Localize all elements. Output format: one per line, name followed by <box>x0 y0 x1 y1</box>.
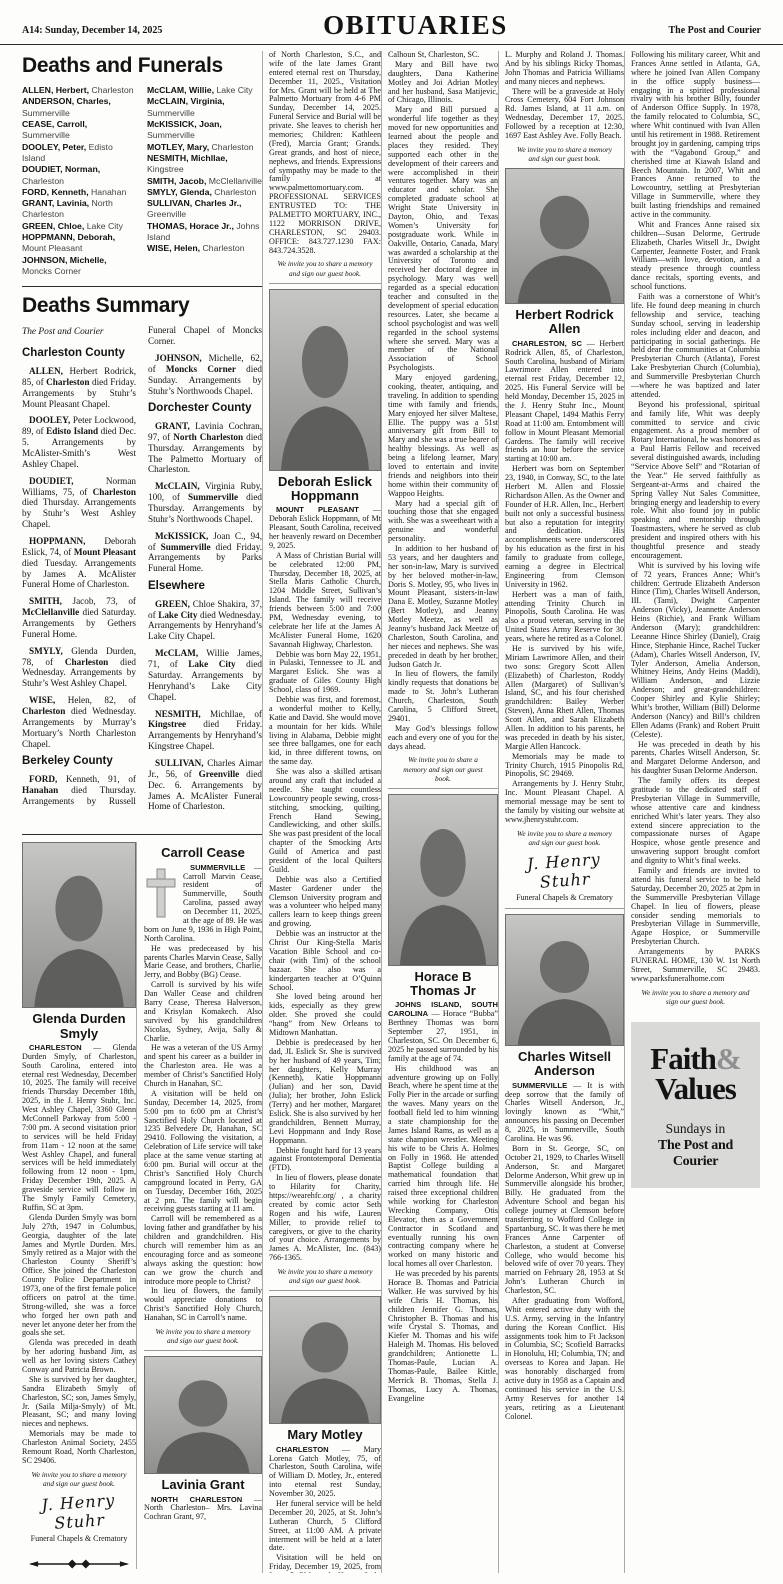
obit-paragraph: After graduating from Wofford, Whit ente… <box>505 1297 624 1421</box>
obit-paragraph: Whit is survived by his loving wife of 7… <box>631 562 760 740</box>
obit-heading: Horace B Thomas Jr <box>388 970 498 999</box>
obit-separator <box>269 283 381 284</box>
summary-entry: SMYLY, Glenda Durden, 78, of Charleston … <box>22 646 136 689</box>
obit-paragraph: She was also a skilled artisan around an… <box>269 768 381 875</box>
obit-paragraph: Debbie was an instructor at the Christ O… <box>269 930 381 992</box>
left-column-block: Deaths and Funerals ALLEN, Herbert, Char… <box>22 51 262 1573</box>
deaths-funerals-entry: McKISSICK, Joan, Summerville <box>147 119 262 142</box>
obit-paragraph: Debbie was first, and foremost, a wonder… <box>269 696 381 767</box>
column-6: Following his military career, Whit and … <box>624 51 760 1573</box>
obit-paragraph: He was preceded in death by his parents,… <box>631 741 760 777</box>
summary-county-heading: Dorchester County <box>148 402 262 416</box>
obit-paragraph: Carroll will be remembered as a loving f… <box>144 1215 262 1286</box>
obit-grant: Lavinia Grant NORTH CHARLESTON — North C… <box>144 1356 262 1522</box>
obit-paragraph: MOUNT PLEASANT — Deborah Eslick Hoppmann… <box>269 506 381 550</box>
obit-paragraph: He was predeceased by his parents Charle… <box>144 945 262 981</box>
obit-body: CHARLESTON — Mary Lorena Gatch Motley, 7… <box>269 1446 381 1573</box>
summary-entry: DOOLEY, Peter Lockwood, 89, of Edisto Is… <box>22 415 136 469</box>
df-column-a: ALLEN, Herbert, CharlestonANDERSON, Char… <box>22 85 137 277</box>
faith-and-values-ad: Faith& Values Sundays in The Post and Co… <box>631 1022 760 1188</box>
obit-paragraph: JOHNS ISLAND, SOUTH CAROLINA — Horace “B… <box>388 1001 498 1063</box>
summary-byline: The Post and Courier <box>22 327 136 338</box>
obit-allen: Herbert Rodrick Allen CHARLESTON, SC — H… <box>505 168 624 902</box>
deaths-funerals-entry: ANDERSON, Charles, Summerville <box>22 96 137 119</box>
summary-entry: SMITH, Jacob, 73, of McClellanville died… <box>22 596 136 639</box>
newspaper-page: A14: Sunday, December 14, 2025 OBITUARIE… <box>0 0 783 1584</box>
deaths-funerals-entry: MOTLEY, Mary, Charleston <box>147 142 262 153</box>
summary-entry: GREEN, Chloe Shakira, 37, of Lake City d… <box>148 599 262 642</box>
stuhr-tagline: Funeral Chapels & Crematory <box>22 1534 136 1543</box>
summary-county-heading: Elsewhere <box>148 580 262 594</box>
obit-paragraph: Memorials may be made to Trinity Church,… <box>505 753 624 780</box>
obit-body: MOUNT PLEASANT — Deborah Eslick Hoppmann… <box>269 506 381 1263</box>
obit-paragraph: Herbert was born on September 23, 1940, … <box>505 465 624 589</box>
obit-hoppmann: Deborah Eslick Hoppmann MOUNT PLEASANT —… <box>269 289 381 1286</box>
deaths-funerals-entry: THOMAS, Horace Jr., Johns Island <box>147 221 262 244</box>
obit-paragraph: In addition to her husband of 53 years, … <box>388 545 498 669</box>
obit-paragraph: In lieu of flowers, the family kindly re… <box>388 670 498 723</box>
obit-paragraph: Following his military career, Whit and … <box>631 51 760 220</box>
deaths-funerals-entry: WISE, Helen, Charleston <box>147 243 262 254</box>
obit-smyly: Glenda Durden Smyly CHARLESTON — Glenda … <box>22 842 136 1569</box>
deaths-funerals-entry: JOHNSON, Michelle, Moncks Corner <box>22 255 137 278</box>
portrait-photo <box>388 794 498 966</box>
obit-paragraph: May God’s blessings follow each and ever… <box>388 725 498 752</box>
obit-separator <box>144 1350 262 1351</box>
obit-paragraph: A visitation will be held on Sunday, Dec… <box>144 1090 262 1214</box>
obit-motley: Mary Motley CHARLESTON — Mary Lorena Gat… <box>269 1296 381 1573</box>
obit-paragraph: SUMMERVILLE — It is with deep sorrow tha… <box>505 1082 624 1144</box>
stuhr-signature: J. Henry Stuhr <box>21 1489 137 1535</box>
summary-entry: ALLEN, Herbert Rodrick, 85, of Charlesto… <box>22 366 136 409</box>
obit-paragraph: Mary and Bill pursued a wonderful life t… <box>388 106 498 373</box>
obit-paragraph: There will be a graveside at Holy Cross … <box>505 88 624 141</box>
obit-body: SUMMERVILLE — It is with deep sorrow tha… <box>505 1082 624 1422</box>
obit-separator <box>269 1290 381 1291</box>
obit-body: CHARLESTON — Glenda Durden Smyly, of Cha… <box>22 1044 136 1466</box>
obit-paragraph: He was a veteran of the US Army and spen… <box>144 1044 262 1088</box>
stuhr-signature: J. Henry Stuhr <box>504 848 624 894</box>
obit-paragraph: of North Charleston, S.C., and wife of t… <box>269 51 381 255</box>
obit-paragraph: Glenda was preceded in death by her ador… <box>22 1339 136 1375</box>
summary-entry: McCLAM, Willie James, 71, of Lake City d… <box>148 648 262 702</box>
obit-paragraph: CHARLESTON — Mary Lorena Gatch Motley, 7… <box>269 1446 381 1499</box>
portrait-photo <box>22 842 136 1008</box>
deaths-funerals-entry: HOPPMANN, Deborah, Mount Pleasant <box>22 232 137 255</box>
guestbook-note: We invite you to share a memory and sign… <box>30 1470 128 1488</box>
portrait-photo <box>505 168 624 304</box>
deaths-funerals-entry: SMYLY, Glenda, Charleston <box>147 187 262 198</box>
deaths-funerals-entry: DOOLEY, Peter, Edisto Island <box>22 142 137 165</box>
obit-heading: Glenda Durden Smyly <box>22 1012 136 1041</box>
ad-brand-name: The Post and Courier <box>637 1138 754 1170</box>
guestbook-note: We invite you to share a memory and sign… <box>513 829 616 847</box>
portrait-photo <box>144 1356 262 1474</box>
obit-motley-continuation: Calhoun St, Charleston, SC.Mary and Bill… <box>388 51 498 751</box>
deaths-summary-flow: The Post and Courier Charleston CountyAL… <box>22 325 262 825</box>
deaths-and-funerals-title: Deaths and Funerals <box>22 54 262 78</box>
obit-heading: Deborah Eslick Hoppmann <box>269 475 381 504</box>
obit-paragraph: In lieu of flowers, the family would app… <box>144 1287 262 1323</box>
obit-paragraph: Beyond his professional, spiritual and f… <box>631 401 760 561</box>
obit-paragraph: Arrangements by PARKS FUNERAL HOME, 130 … <box>631 948 760 984</box>
guestbook-note: We invite you to share a memory and sign… <box>396 755 490 782</box>
obit-anderson: Charles Witsell Anderson SUMMERVILLE — I… <box>505 914 624 1421</box>
ad-subline: Sundays in <box>637 1121 754 1137</box>
funeral-home-signature: J. Henry Stuhr Funeral Chapels & Cremato… <box>505 852 624 902</box>
deaths-funerals-entry: GRANT, Lavinia, North Charleston <box>22 198 137 221</box>
column-5: L. Murphy and Roland J. Thomas. And by h… <box>498 51 624 1573</box>
obit-body: SUMMERVILLE — Carroll Marvin Cease, resi… <box>144 864 262 1323</box>
obit-heading: Lavinia Grant <box>144 1478 262 1492</box>
summary-entry: NESMITH, Michllae, of Kingstree died Fri… <box>148 709 262 752</box>
obit-paragraph: CHARLESTON — Glenda Durden Smyly, of Cha… <box>22 1044 136 1213</box>
deaths-funerals-entry: GREEN, Chloe, Lake City <box>22 221 137 232</box>
guestbook-note: We invite you to share a memory and sign… <box>513 145 616 163</box>
obit-paragraph: Visitation will be held on Friday, Decem… <box>269 1554 381 1573</box>
obit-paragraph: Debbie fought hard for 13 years against … <box>269 1147 381 1174</box>
divider-rule <box>22 286 262 287</box>
deaths-funerals-entry: FORD, Kenneth, Hanahan <box>22 187 137 198</box>
obit-paragraph: Mary had a special gift of touching thos… <box>388 500 498 544</box>
obit-paragraphs: SUMMERVILLE — Carroll Marvin Cease, resi… <box>144 864 262 1323</box>
funeral-home-signature: J. Henry Stuhr Funeral Chapels & Cremato… <box>22 1493 136 1543</box>
obit-separator <box>388 788 498 789</box>
obit-thomas: Horace B Thomas Jr JOHNS ISLAND, SOUTH C… <box>388 794 498 1404</box>
obit-cease: Carroll Cease SUMMERVILLE — Carroll Marv… <box>136 842 262 1569</box>
page-columns: Deaths and Funerals ALLEN, Herbert, Char… <box>0 45 783 1573</box>
obit-paragraph: Carroll is survived by his wife Dan Wall… <box>144 981 262 1043</box>
obit-paragraph: NORTH CHARLESTON — North Charleston– Mrs… <box>144 1496 262 1523</box>
page-title: OBITUARIES <box>323 12 508 39</box>
ornament-divider <box>29 1559 129 1569</box>
portrait-photo <box>269 1296 381 1424</box>
deaths-funerals-entry: CEASE, Carroll, Summerville <box>22 119 137 142</box>
obit-paragraph: Glenda Durden Smyly was born July 27th, … <box>22 1214 136 1338</box>
left-bottom-region: Glenda Durden Smyly CHARLESTON — Glenda … <box>22 842 262 1569</box>
obit-paragraph: Debbie was also a Certified Master Garde… <box>269 876 381 929</box>
summary-county-heading: Charleston County <box>22 347 136 361</box>
cross-icon <box>144 867 178 919</box>
obit-paragraph: Mary enjoyed gardening, cooking, theater… <box>388 374 498 498</box>
portrait-photo <box>505 914 624 1046</box>
obit-paragraph: Herbert was a man of faith, attending Tr… <box>505 591 624 644</box>
obit-paragraph: Family and friends are invited to attend… <box>631 867 760 947</box>
summary-entry: McCLAIN, Virginia Ruby, 100, of Summervi… <box>148 481 262 524</box>
deaths-funerals-entry: McCLAIN, Virginia, Summerville <box>147 96 262 119</box>
obit-paragraph: Mary and Bill have two daughters, Dana K… <box>388 61 498 105</box>
deaths-and-funerals-list: ALLEN, Herbert, CharlestonANDERSON, Char… <box>22 85 262 277</box>
summary-entry: SULLIVAN, Charles Aimar Jr., 56, of Gree… <box>148 758 262 812</box>
deaths-funerals-entry: NESMITH, Michllae, Kingstree <box>147 153 262 176</box>
obit-paragraph: He was preceded by his parents Horace B.… <box>388 1270 498 1403</box>
obit-paragraph: Debbie is predeceased by her dad, JL Esl… <box>269 1039 381 1146</box>
obit-paragraph: A Mass of Christian Burial will be celeb… <box>269 552 381 650</box>
summary-entry: WISE, Helen, 82, of Charleston died Wedn… <box>22 695 136 749</box>
guestbook-note: We invite you to share a memory and sign… <box>639 988 752 1006</box>
obit-paragraph: CHARLESTON, SC — Herbert Rodrick Allen, … <box>505 340 624 464</box>
guestbook-note: We invite you to share a memory and sign… <box>277 1267 373 1285</box>
page-header: A14: Sunday, December 14, 2025 OBITUARIE… <box>0 0 783 45</box>
obit-paragraph: Debbie was born May 22, 1951, in Pulaski… <box>269 651 381 695</box>
page-folio: A14: Sunday, December 14, 2025 <box>22 25 162 39</box>
ad-headline-line1: Faith& <box>637 1044 754 1074</box>
obit-paragraph: His childhood was an adventure growing u… <box>388 1065 498 1269</box>
obit-paragraph: Calhoun St, Charleston, SC. <box>388 51 498 60</box>
obit-body: NORTH CHARLESTON — North Charleston– Mrs… <box>144 1496 262 1523</box>
obit-paragraph: Whit and Frances Anne raised six childre… <box>631 221 760 292</box>
summary-county-heading: Berkeley County <box>22 755 136 769</box>
summary-entry: DOUDIET, Norman Williams, 75, of Charles… <box>22 476 136 530</box>
deaths-funerals-entry: SMITH, Jacob, McClellanville <box>147 176 262 187</box>
obit-grant-continuation: of North Charleston, S.C., and wife of t… <box>269 51 381 255</box>
obit-paragraph: L. Murphy and Roland J. Thomas. And by h… <box>505 51 624 87</box>
column-3: of North Charleston, S.C., and wife of t… <box>262 51 381 1573</box>
summary-entry: JOHNSON, Michelle, 62, of Moncks Corner … <box>148 353 262 396</box>
obit-paragraph: Born in St. George, SC, on October 21, 1… <box>505 1145 624 1296</box>
obit-heading: Mary Motley <box>269 1428 381 1442</box>
portrait-photo <box>269 289 381 471</box>
obit-paragraph: She is survived by her daughter, Sandra … <box>22 1376 136 1429</box>
obit-paragraph: Memorials may be made to Charleston Anim… <box>22 1430 136 1466</box>
deaths-funerals-entry: McCLAM, Willie, Lake City <box>147 85 262 96</box>
guestbook-note: We invite you to share a memory and sign… <box>277 259 373 277</box>
obit-heading: Herbert Rodrick Allen <box>505 308 624 337</box>
divider-rule <box>22 834 262 835</box>
column-4: Calhoun St, Charleston, SC.Mary and Bill… <box>381 51 498 1573</box>
obit-paragraph: She loved being around her kids, especia… <box>269 993 381 1037</box>
ad-headline-line2: Values <box>637 1074 754 1104</box>
obit-paragraph: He is survived by his wife, Miriam Lawri… <box>505 645 624 752</box>
obit-body: JOHNS ISLAND, SOUTH CAROLINA — Horace “B… <box>388 1001 498 1403</box>
masthead-name: The Post and Courier <box>669 25 762 39</box>
obit-thomas-continuation: L. Murphy and Roland J. Thomas. And by h… <box>505 51 624 141</box>
obit-paragraph: The family offers its deepest gratitude … <box>631 777 760 866</box>
obit-separator <box>505 908 624 909</box>
obit-paragraph: Her funeral service will be held Decembe… <box>269 1500 381 1553</box>
obit-paragraph: Faith was a cornerstone of Whit’s life. … <box>631 293 760 400</box>
guestbook-note: We invite you to share a memory and sign… <box>152 1327 254 1345</box>
deaths-funerals-entry: DOUDIET, Norman, Charleston <box>22 164 137 187</box>
obit-body: CHARLESTON, SC — Herbert Rodrick Allen, … <box>505 340 624 825</box>
summary-entry: HOPPMANN, Deborah Eslick, 74, of Mount P… <box>22 536 136 590</box>
deaths-summary-title: Deaths Summary <box>22 294 262 318</box>
obit-anderson-continuation: Following his military career, Whit and … <box>631 51 760 984</box>
deaths-funerals-entry: SULLIVAN, Charles Jr., Greenville <box>147 198 262 221</box>
df-column-b: McCLAM, Willie, Lake CityMcCLAIN, Virgin… <box>147 85 262 277</box>
obit-paragraph: In lieu of flowers, please donate to Hil… <box>269 1174 381 1263</box>
deaths-funerals-entry: ALLEN, Herbert, Charleston <box>22 85 137 96</box>
summary-entry: McKISSICK, Joan C., 94, of Summerville d… <box>148 531 262 574</box>
summary-entry: GRANT, Lavinia Cochran, 97, of North Cha… <box>148 421 262 475</box>
obit-heading: Charles Witsell Anderson <box>505 1050 624 1079</box>
obit-paragraph: Arrangements by J. Henry Stuhr, Inc. Mou… <box>505 780 624 824</box>
stuhr-tagline: Funeral Chapels & Crematory <box>505 893 624 902</box>
obit-heading: Carroll Cease <box>144 846 262 860</box>
